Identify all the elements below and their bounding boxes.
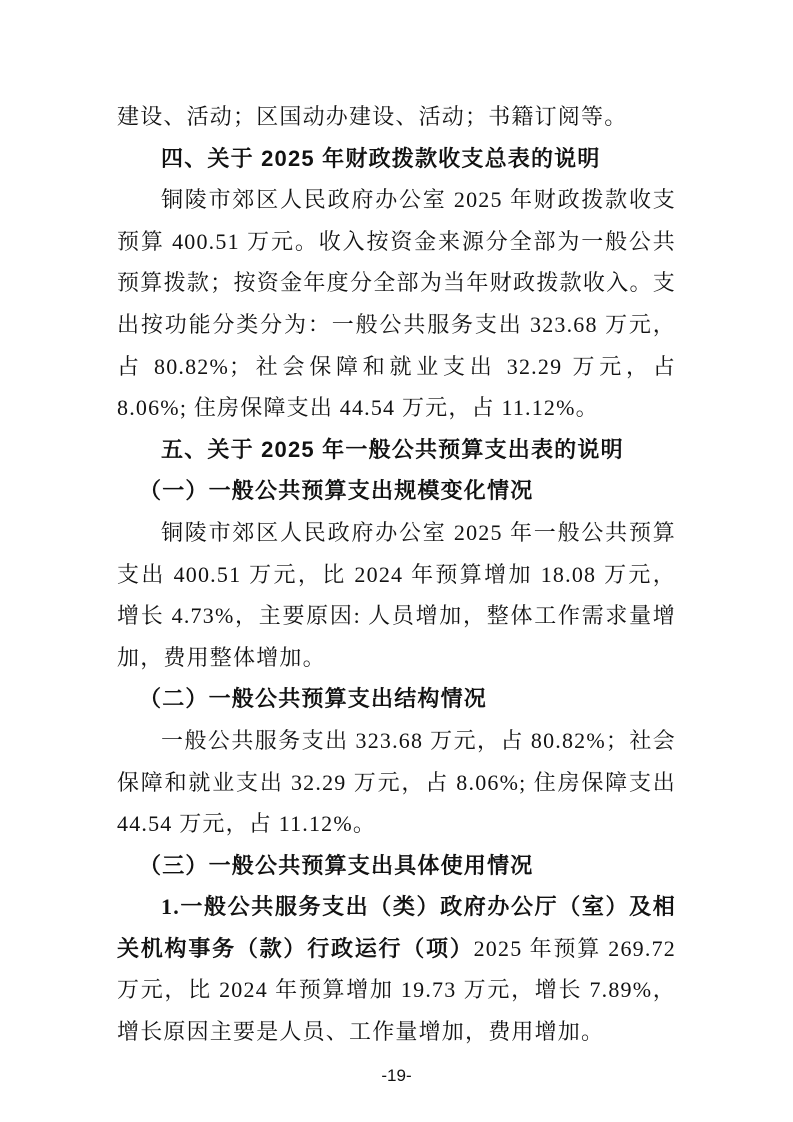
section-5-sub-1-heading: （一）一般公共预算支出规模变化情况 bbox=[117, 470, 676, 512]
section-5-sub-3-item-1: 1.一般公共服务支出（类）政府办公厅（室）及相关机构事务（款）行政运行（项）20… bbox=[117, 886, 676, 1052]
document-page: 建设、活动；区国动办建设、活动；书籍订阅等。 四、关于 2025 年财政拨款收支… bbox=[0, 0, 793, 1122]
section-5-sub-3-heading: （三）一般公共预算支出具体使用情况 bbox=[117, 845, 676, 887]
document-body: 建设、活动；区国动办建设、活动；书籍订阅等。 四、关于 2025 年财政拨款收支… bbox=[117, 96, 676, 1053]
section-5-sub-2-heading: （二）一般公共预算支出结构情况 bbox=[117, 678, 676, 720]
section-4-heading: 四、关于 2025 年财政拨款收支总表的说明 bbox=[117, 138, 676, 180]
page-number: -19- bbox=[0, 1066, 793, 1086]
section-4-paragraph: 铜陵市郊区人民政府办公室 2025 年财政拨款收支预算 400.51 万元。收入… bbox=[117, 179, 676, 429]
section-5-sub-1-paragraph: 铜陵市郊区人民政府办公室 2025 年一般公共预算支出 400.51 万元，比 … bbox=[117, 512, 676, 678]
section-5-sub-2-paragraph: 一般公共服务支出 323.68 万元，占 80.82%；社会保障和就业支出 32… bbox=[117, 720, 676, 845]
section-5-heading: 五、关于 2025 年一般公共预算支出表的说明 bbox=[117, 429, 676, 471]
paragraph-continuation: 建设、活动；区国动办建设、活动；书籍订阅等。 bbox=[117, 96, 676, 138]
